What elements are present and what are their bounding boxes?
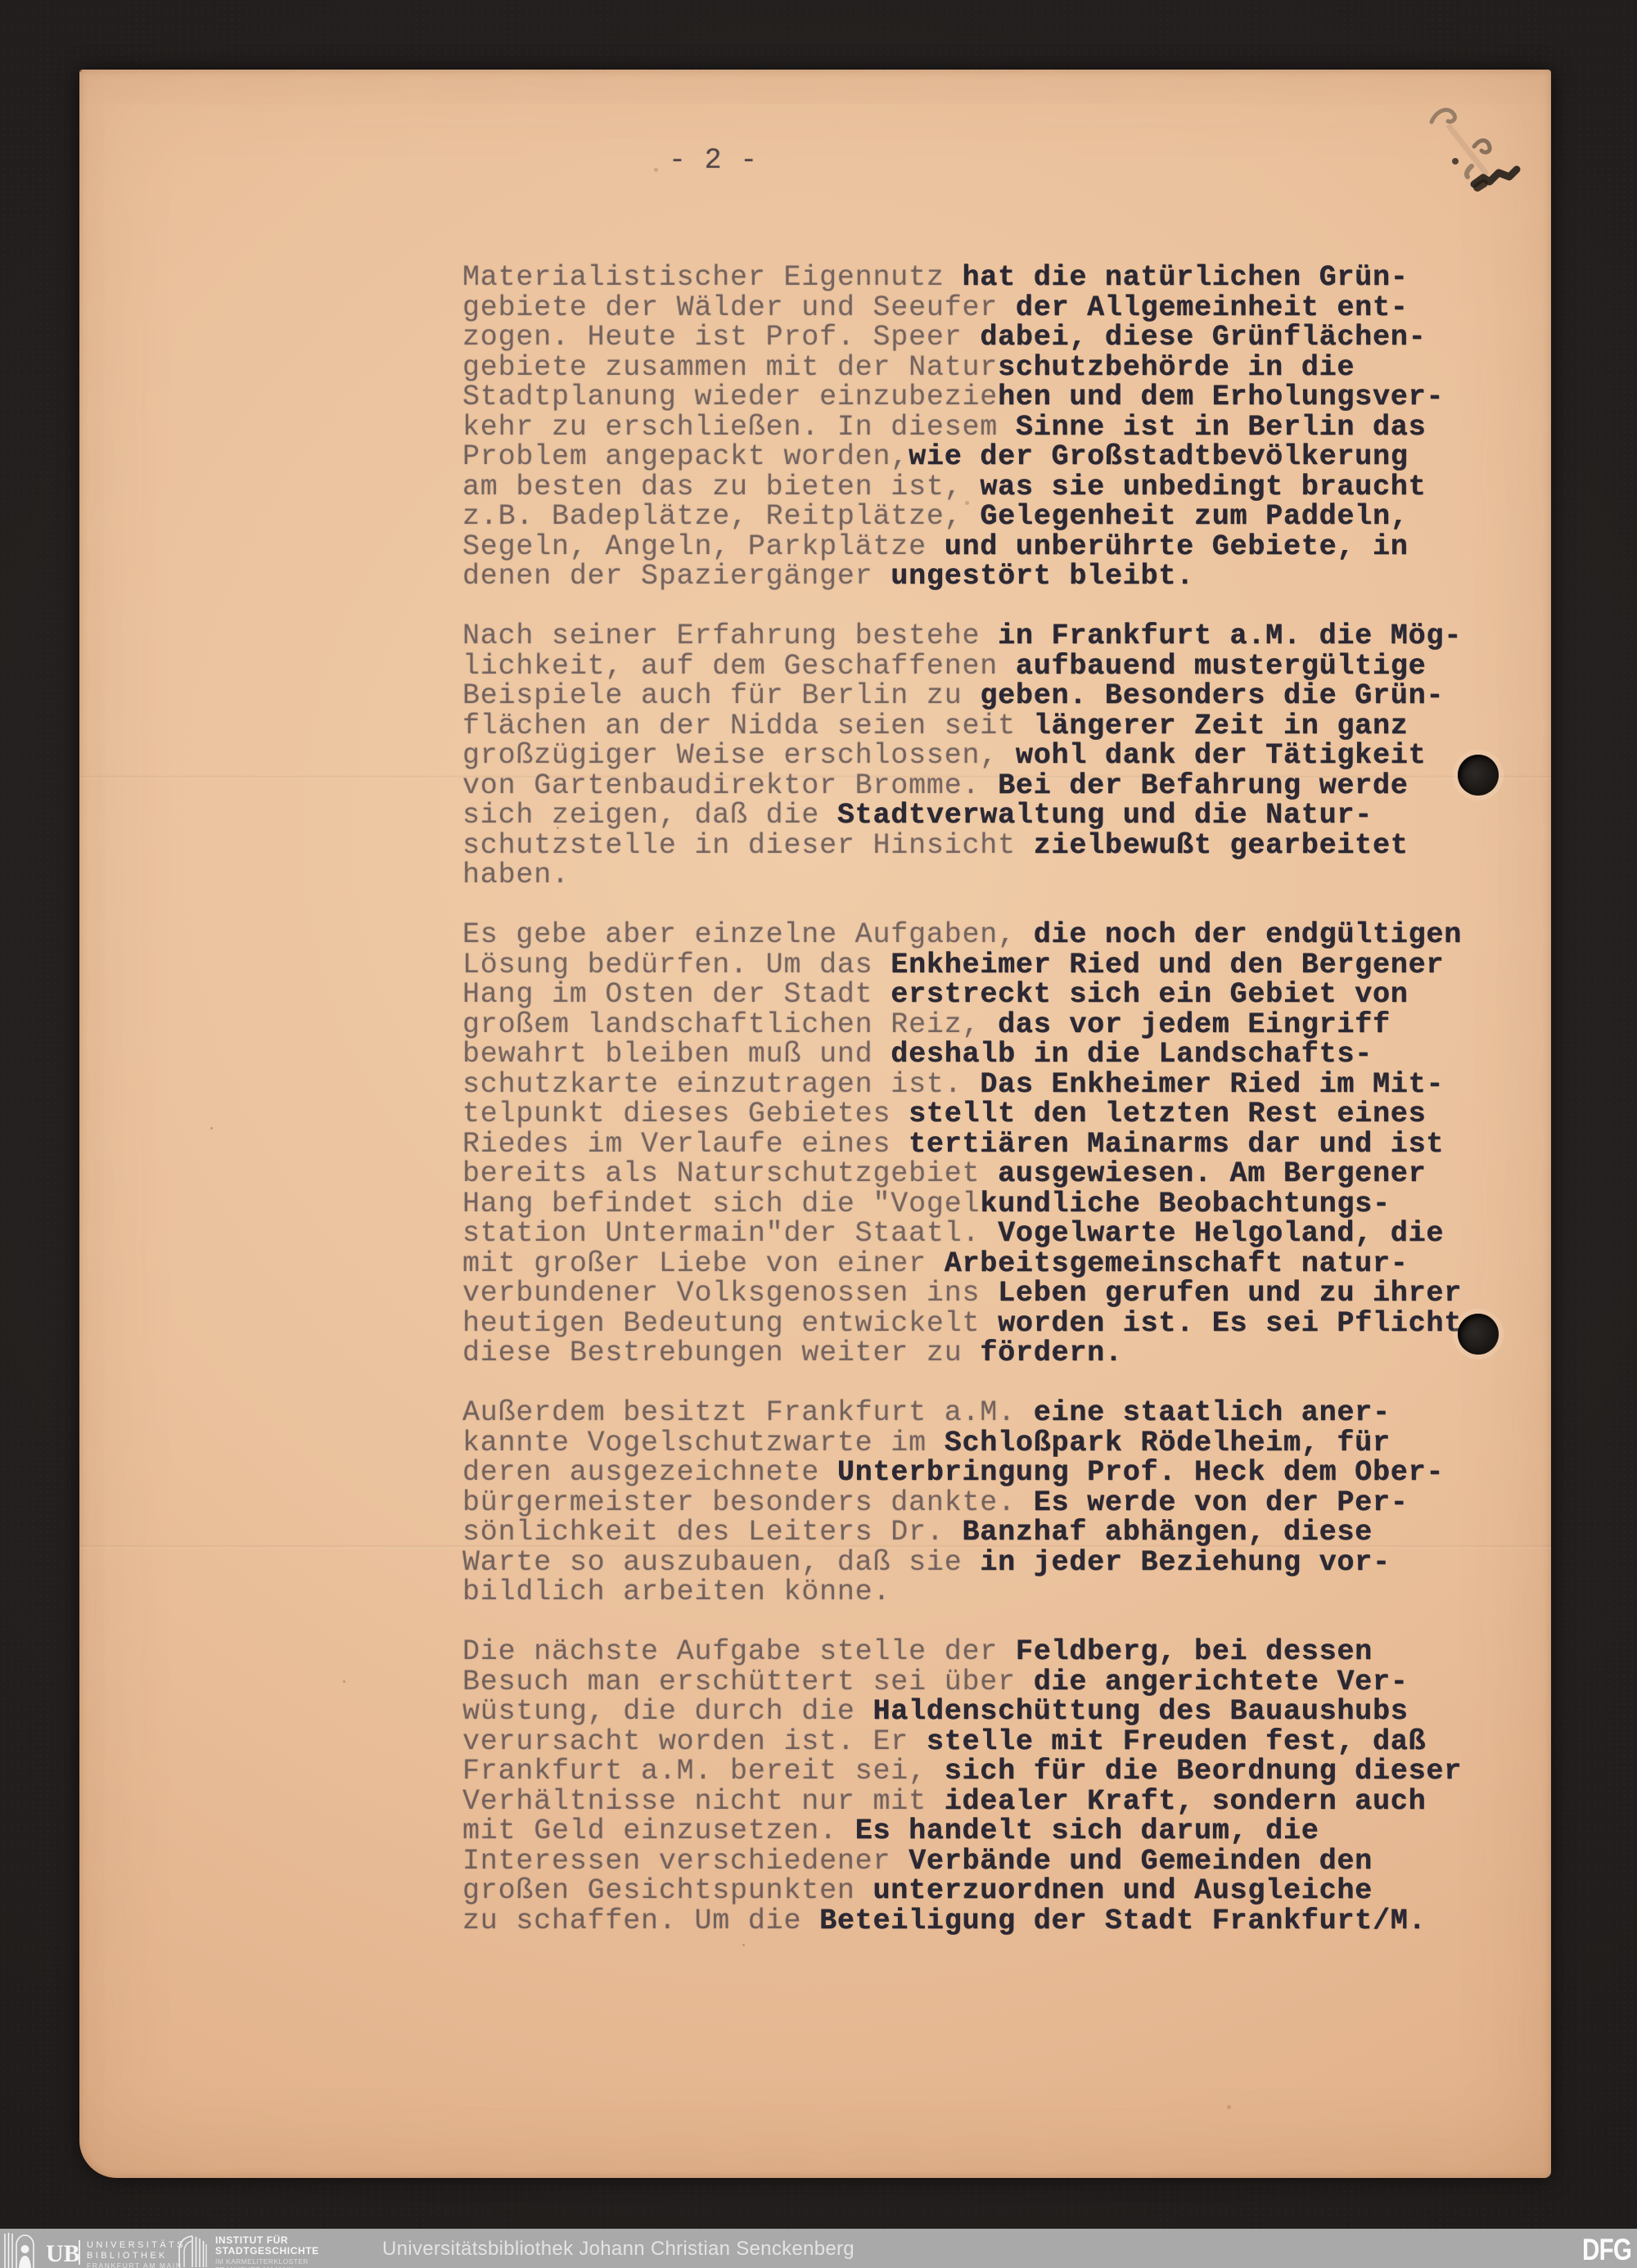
text-line: Hang im Osten der Stadt erstreckt sich e… bbox=[462, 980, 1510, 1010]
paper-specks bbox=[79, 70, 82, 72]
ub-abbrev: UB bbox=[46, 2242, 80, 2266]
text-line: denen der Spaziergänger ungestört bleibt… bbox=[462, 561, 1510, 592]
text-line: von Gartenbaudirektor Bromme. Bei der Be… bbox=[462, 771, 1510, 801]
text-line: Beispiele auch für Berlin zu geben. Beso… bbox=[462, 681, 1510, 711]
text-line: Lösung bedürfen. Um das Enkheimer Ried u… bbox=[462, 950, 1510, 981]
text-line: flächen an der Nidda seien seit längerer… bbox=[462, 711, 1510, 742]
text-line: bereits als Naturschutzgebiet ausgewiese… bbox=[462, 1159, 1510, 1189]
text-line: mit großer Liebe von einer Arbeitsgemein… bbox=[462, 1249, 1510, 1279]
text-line: diese Bestrebungen weiter zu fördern. bbox=[462, 1338, 1510, 1368]
text-line: Die nächste Aufgabe stelle der Feldberg,… bbox=[462, 1637, 1510, 1667]
text-line: deren ausgezeichnete Unterbringung Prof.… bbox=[462, 1458, 1510, 1488]
scan-viewer: - 2 - Materialistischer Eigennutz hat di… bbox=[0, 0, 1637, 2268]
typewritten-paragraph: Nach seiner Erfahrung bestehe in Frankfu… bbox=[462, 621, 1510, 891]
text-line: Frankfurt a.M. bereit sei, sich für die … bbox=[462, 1756, 1510, 1787]
text-line: sich zeigen, daß die Stadtverwaltung und… bbox=[462, 800, 1510, 831]
typewritten-paragraph: Es gebe aber einzelne Aufgaben, die noch… bbox=[462, 920, 1510, 1368]
text-line: Interessen verschiedener Verbände und Ge… bbox=[462, 1846, 1510, 1877]
ink-smudge bbox=[1420, 92, 1527, 207]
gothic-window-icon bbox=[178, 2234, 207, 2267]
text-line: gebiete zusammen mit der Naturschutzbehö… bbox=[462, 353, 1510, 383]
text-line: mit Geld einzusetzen. Es handelt sich da… bbox=[462, 1816, 1510, 1846]
text-line: Segeln, Angeln, Parkplätze und unberührt… bbox=[462, 532, 1510, 562]
text-line: verursacht worden ist. Er stelle mit Fre… bbox=[462, 1727, 1510, 1757]
text-line: wüstung, die durch die Haldenschüttung d… bbox=[462, 1697, 1510, 1727]
institute-text-line: IM KARMELITERKLOSTER bbox=[215, 2258, 319, 2265]
text-line: lichkeit, auf dem Geschaffenen aufbauend… bbox=[462, 652, 1510, 682]
text-line: zu schaffen. Um die Beteiligung der Stad… bbox=[462, 1906, 1510, 1937]
text-line: Problem angepackt worden,wie der Großsta… bbox=[462, 442, 1510, 472]
text-line: sönlichkeit des Leiters Dr. Banzhaf abhä… bbox=[462, 1517, 1510, 1548]
ub-emblem-icon bbox=[3, 2232, 44, 2268]
footer-bar: UB UNIVERSITÄTS BIBLIOTHEK FRANKFURT AM … bbox=[0, 2229, 1637, 2268]
typewritten-paragraph: Materialistischer Eigennutz hat die natü… bbox=[462, 263, 1510, 592]
ub-text-line: BIBLIOTHEK bbox=[87, 2252, 186, 2261]
text-line: bildlich arbeiten könne. bbox=[462, 1577, 1510, 1607]
text-line: Materialistischer Eigennutz hat die natü… bbox=[462, 263, 1510, 293]
institute-text-line: INSTITUT FÜR bbox=[215, 2236, 319, 2245]
text-line: haben. bbox=[462, 860, 1510, 891]
text-line: Nach seiner Erfahrung bestehe in Frankfu… bbox=[462, 621, 1510, 652]
text-line: großem landschaftlichen Reiz, das vor je… bbox=[462, 1010, 1510, 1040]
punch-hole-bottom bbox=[1458, 1314, 1499, 1355]
text-line: Hang befindet sich die "Vogelkundliche B… bbox=[462, 1189, 1510, 1220]
text-line: kehr zu erschließen. In diesem Sinne ist… bbox=[462, 413, 1510, 443]
institute-text-line: STADTGESCHICHTE bbox=[215, 2247, 319, 2256]
text-line: verbundener Volksgenossen ins Leben geru… bbox=[462, 1278, 1510, 1309]
text-line: Besuch man erschüttert sei über die ange… bbox=[462, 1667, 1510, 1698]
text-line: Stadtplanung wieder einzubeziehen und de… bbox=[462, 382, 1510, 413]
text-line: heutigen Bedeutung entwickelt worden ist… bbox=[462, 1309, 1510, 1339]
typewritten-text: Materialistischer Eigennutz hat die natü… bbox=[462, 263, 1510, 1966]
ub-text-line: UNIVERSITÄTS bbox=[87, 2241, 186, 2250]
text-line: Warte so auszubauen, daß sie in jeder Be… bbox=[462, 1548, 1510, 1578]
text-line: z.B. Badeplätze, Reitplätze, Gelegenheit… bbox=[462, 502, 1510, 532]
ub-logo-text: UNIVERSITÄTS BIBLIOTHEK FRANKFURT AM MAI… bbox=[87, 2241, 186, 2268]
page-number: - 2 - bbox=[669, 144, 758, 177]
text-line: Es gebe aber einzelne Aufgaben, die noch… bbox=[462, 920, 1510, 950]
text-line: großen Gesichtspunkten unterzuordnen und… bbox=[462, 1876, 1510, 1906]
text-line: bürgermeister besonders dankte. Es werde… bbox=[462, 1488, 1510, 1518]
text-line: Verhältnisse nicht nur mit idealer Kraft… bbox=[462, 1787, 1510, 1817]
dfg-logo: DFG bbox=[1582, 2233, 1631, 2267]
text-line: Riedes im Verlaufe eines tertiären Maina… bbox=[462, 1129, 1510, 1160]
text-line: kannte Vogelschutzwarte im Schloßpark Rö… bbox=[462, 1428, 1510, 1459]
typewritten-paragraph: Die nächste Aufgabe stelle der Feldberg,… bbox=[462, 1637, 1510, 1936]
text-line: station Untermain"der Staatl. Vogelwarte… bbox=[462, 1219, 1510, 1249]
ub-text-line: FRANKFURT AM MAIN bbox=[87, 2262, 186, 2268]
document-page: - 2 - Materialistischer Eigennutz hat di… bbox=[79, 70, 1551, 2178]
library-credit: Universitätsbibliothek Johann Christian … bbox=[382, 2238, 855, 2261]
divider bbox=[79, 2240, 80, 2265]
text-line: schutzkarte einzutragen ist. Das Enkheim… bbox=[462, 1070, 1510, 1100]
text-line: schutzstelle in dieser Hinsicht zielbewu… bbox=[462, 831, 1510, 861]
text-line: zogen. Heute ist Prof. Speer dabei, dies… bbox=[462, 322, 1510, 353]
text-line: telpunkt dieses Gebietes stellt den letz… bbox=[462, 1099, 1510, 1129]
punch-hole-top bbox=[1458, 755, 1499, 796]
text-line: Außerdem besitzt Frankfurt a.M. eine sta… bbox=[462, 1398, 1510, 1428]
text-line: gebiete der Wälder und Seeufer der Allge… bbox=[462, 293, 1510, 323]
text-line: am besten das zu bieten ist, was sie unb… bbox=[462, 472, 1510, 503]
text-line: bewahrt bleiben muß und deshalb in die L… bbox=[462, 1039, 1510, 1070]
institute-logo-text: INSTITUT FÜR STADTGESCHICHTE IM KARMELIT… bbox=[215, 2236, 319, 2268]
text-line: großzügiger Weise erschlossen, wohl dank… bbox=[462, 741, 1510, 771]
typewritten-paragraph: Außerdem besitzt Frankfurt a.M. eine sta… bbox=[462, 1398, 1510, 1607]
